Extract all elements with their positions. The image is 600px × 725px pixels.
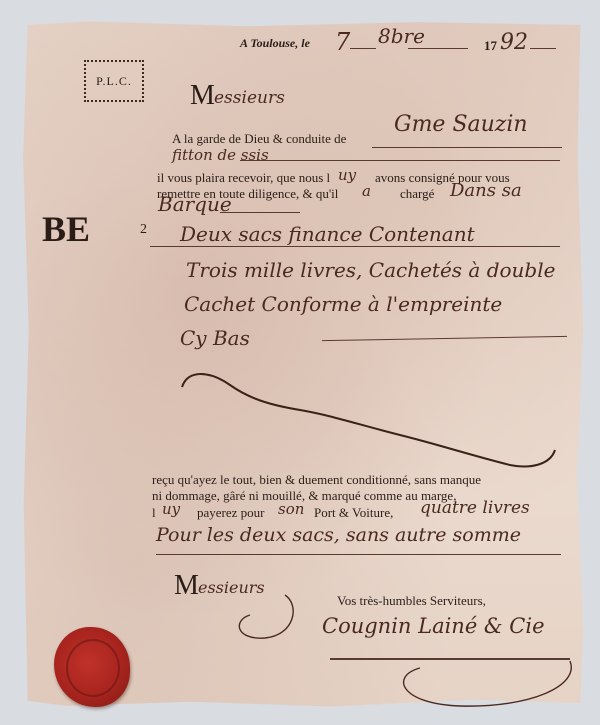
payment-printed-b: payerez pour [197,505,265,521]
payment-rule-2 [156,554,561,555]
line2-rule [240,160,560,161]
payment-handwritten-c: quatre livres [420,498,530,518]
cargo-rule-2 [150,246,560,247]
line1-carrier-name: Gme Sauzin [394,112,528,137]
line1-printed: A la garde de Dieu & conduite de [172,131,346,147]
closing-flourish [225,590,305,645]
receipt-line-1: reçu qu'ayez le tout, bien & duement con… [152,472,481,488]
closing-printed: Vos très-humbles Serviteurs, [337,593,486,609]
line3-printed-a: il vous plaira recevoir, que nous l [157,170,330,186]
date-rule-3 [530,48,556,49]
payment-handwritten-a: uy [162,500,180,518]
cargo-line-3: Trois mille livres, Cachetés à double [186,258,555,282]
wax-seal [54,627,130,707]
salutation-initial: M [190,80,215,112]
cargo-rule-1 [220,212,300,213]
payment-printed-a: l [152,505,156,521]
plc-stamp-text: P.L.C. [96,74,132,89]
line1-rule [372,147,562,148]
cargo-line-2: Deux sacs finance Contenant [180,222,475,246]
closing-initial: M [174,570,199,602]
date-month: 8bre [378,24,425,48]
line4-printed-b: chargé [400,186,434,202]
place-date-printed: A Toulouse, le [240,36,310,51]
payment-printed-c: Port & Voiture, [314,505,393,521]
plc-stamp: P.L.C. [84,60,144,102]
wax-seal-impression [66,639,120,697]
line4-handwritten-a: a [362,182,371,200]
line4-handwritten-b: Dans sa [450,180,522,201]
margin-mark-be: BE [42,208,90,250]
date-year-suffix: 92 [500,30,528,55]
cargo-line-4: Cachet Conforme à l'empreinte [184,292,502,316]
line2-handwritten: fitton de ssis [172,146,269,164]
margin-mark-number: 2 [140,222,147,238]
squiggle-line [170,365,560,475]
line3-handwritten: uy [338,166,356,184]
cargo-line-5: Cy Bas [180,326,250,350]
signature: Cougnin Lainé & Cie [322,614,545,638]
signature-flourish [380,656,580,711]
date-rule-1 [350,48,376,49]
date-day: 7 [335,28,350,56]
payment-line-2: Pour les deux sacs, sans autre somme [156,524,521,546]
payment-handwritten-b: son [278,500,304,518]
date-year-prefix: 17 [484,38,497,54]
date-rule-2 [408,48,468,49]
salutation-handwritten: essieurs [214,88,285,108]
